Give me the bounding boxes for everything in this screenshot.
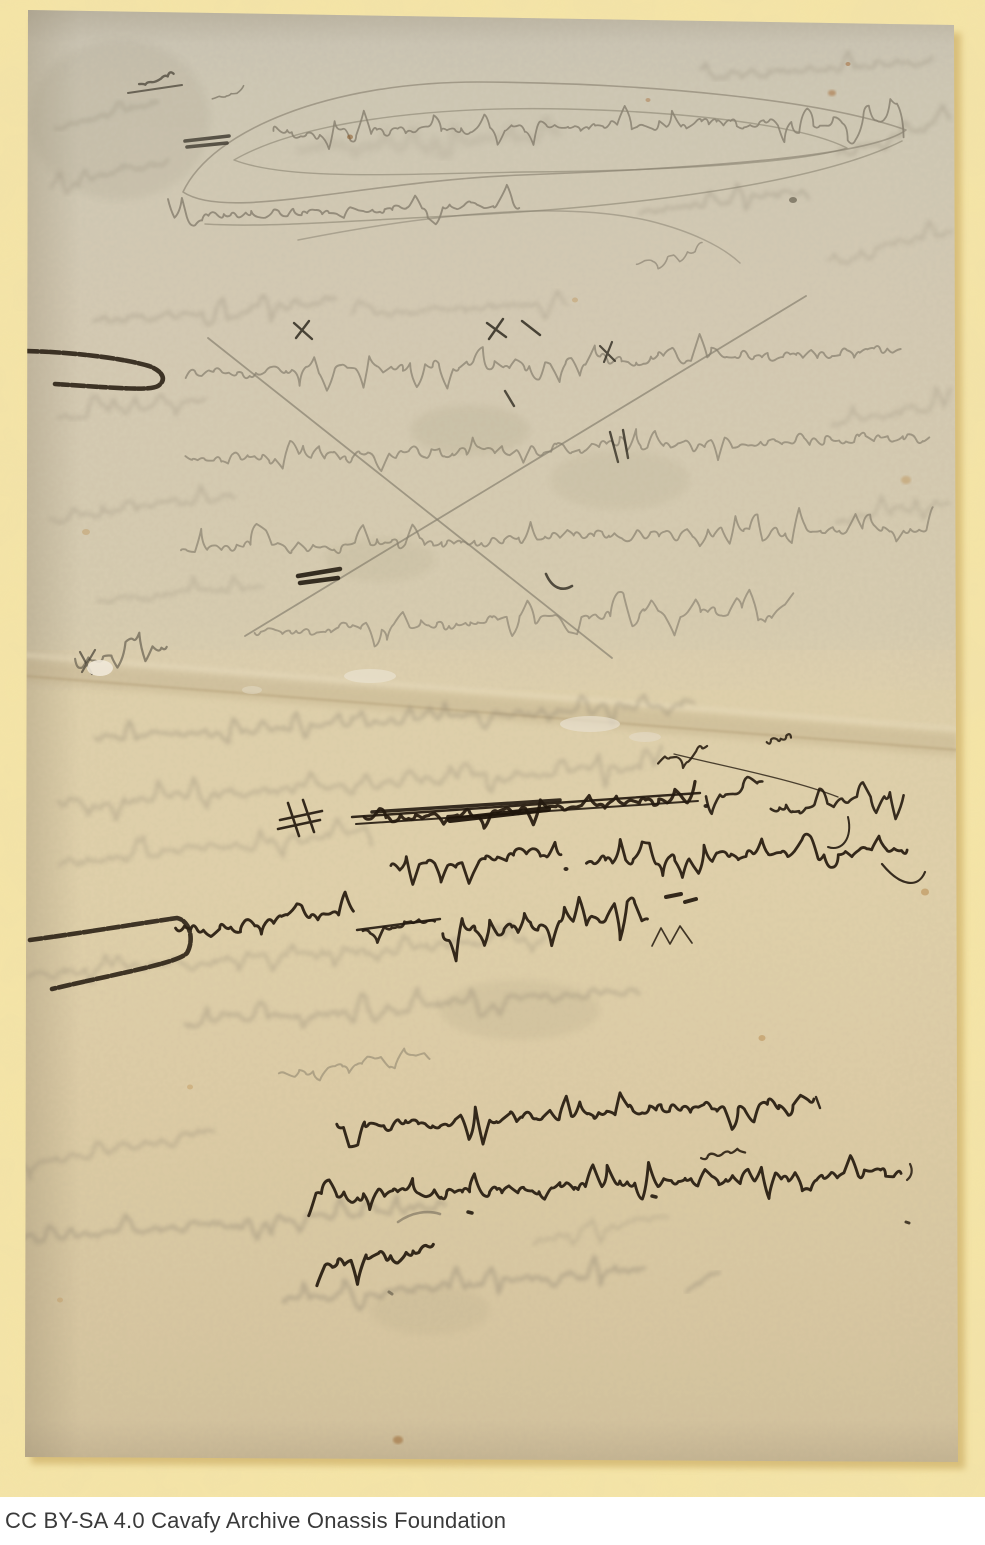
- photo-region: [0, 0, 985, 1497]
- left-edge-shade: [25, 10, 80, 1465]
- manuscript-photo: [0, 0, 985, 1497]
- caption-bar: CC BY-SA 4.0 Cavafy Archive Onassis Foun…: [0, 1497, 985, 1545]
- caption-text: CC BY-SA 4.0 Cavafy Archive Onassis Foun…: [0, 1497, 985, 1545]
